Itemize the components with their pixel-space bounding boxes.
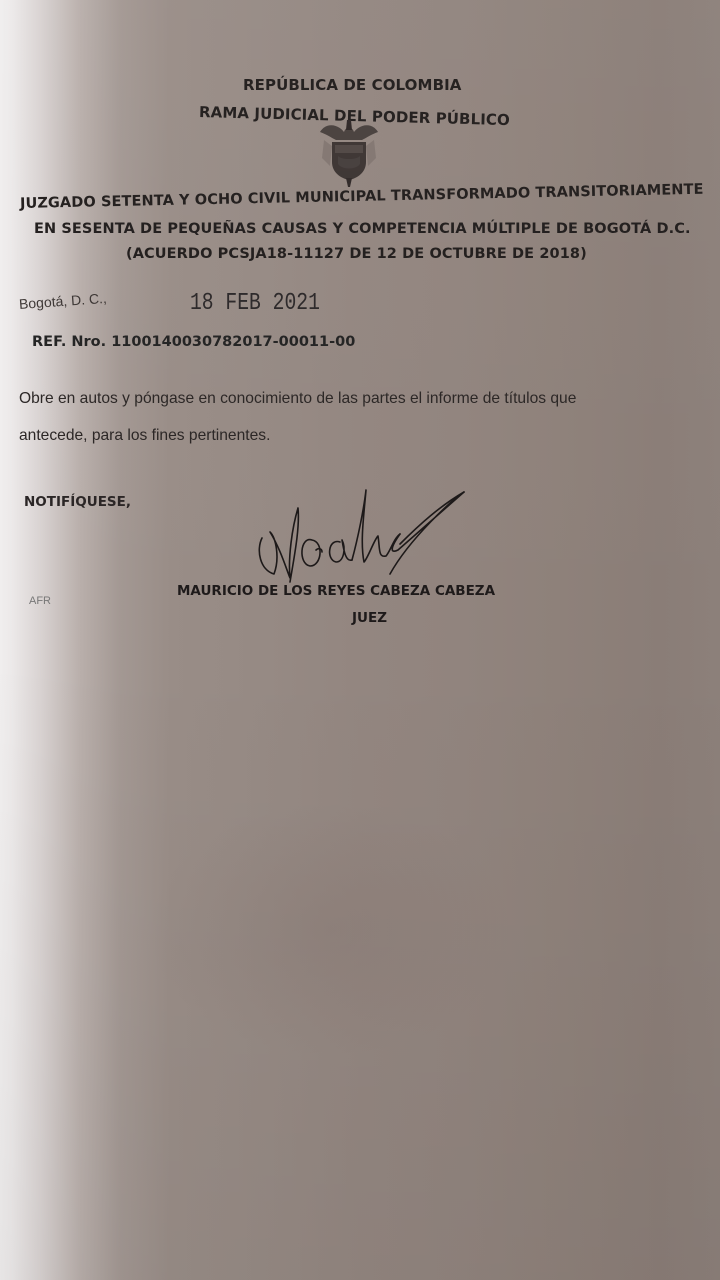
typist-initials: AFR	[29, 595, 51, 607]
date-stamp: 18 FEB 2021	[190, 290, 320, 317]
body-text-line-2: antecede, para los fines pertinentes.	[19, 427, 270, 445]
court-agreement-line: (ACUERDO PCSJA18-11127 DE 12 DE OCTUBRE …	[126, 246, 587, 262]
document-page: REPÚBLICA DE COLOMBIA RAMA JUDICIAL DEL …	[0, 0, 720, 1280]
colombia-coat-of-arms-icon	[316, 118, 382, 188]
reference-number: REF. Nro. 1100140030782017-00011-00	[32, 334, 355, 350]
court-name-line-2: EN SESENTA DE PEQUEÑAS CAUSAS Y COMPETEN…	[34, 221, 691, 237]
closing-notice: NOTIFÍQUESE,	[24, 494, 131, 510]
body-text-line-1: Obre en autos y póngase en conocimiento …	[19, 390, 576, 408]
signature-icon	[240, 478, 480, 598]
place-label: Bogotá, D. C.,	[18, 290, 107, 312]
signer-title: JUEZ	[352, 610, 387, 626]
header-country: REPÚBLICA DE COLOMBIA	[243, 76, 462, 94]
signer-name: MAURICIO DE LOS REYES CABEZA CABEZA	[177, 583, 495, 599]
